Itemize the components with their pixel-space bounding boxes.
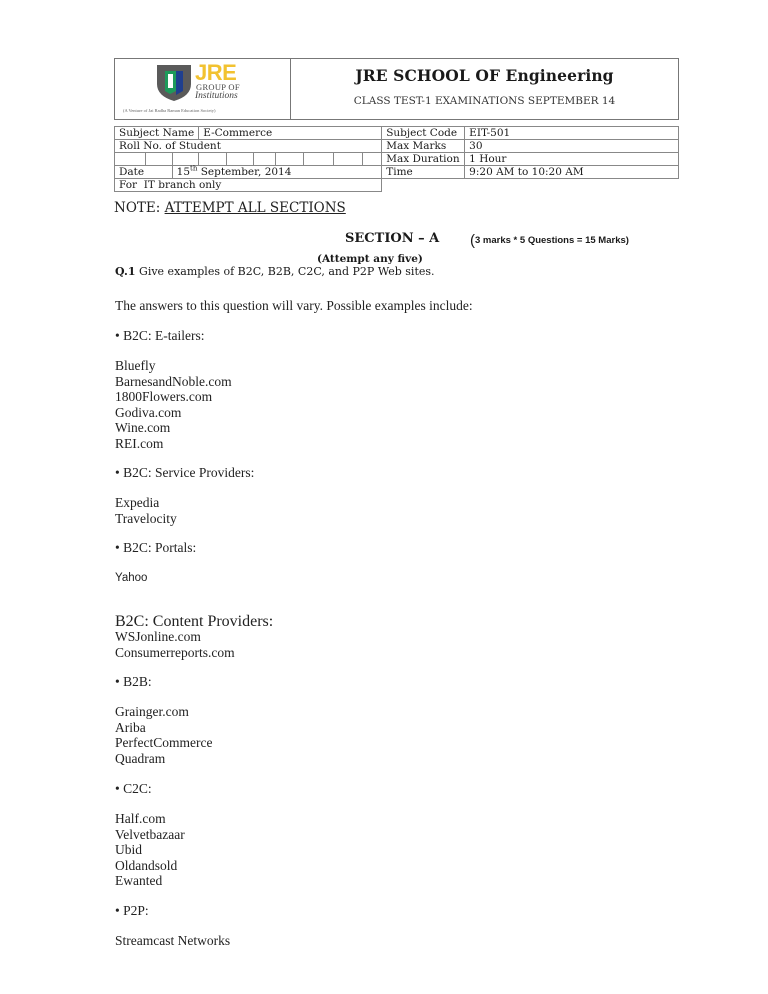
roll-box[interactable] bbox=[303, 153, 333, 166]
roll-box[interactable] bbox=[227, 153, 254, 166]
time-value: 9:20 AM to 10:20 AM bbox=[465, 166, 679, 179]
list-item: Grainger.com bbox=[115, 704, 212, 720]
list-item: Velvetbazaar bbox=[115, 827, 185, 843]
exam-info-table: Subject Name E-Commerce Subject Code EIT… bbox=[114, 126, 679, 192]
subject-code-value: EIT-501 bbox=[465, 127, 679, 140]
roll-box[interactable] bbox=[333, 153, 362, 166]
exam-subtitle: CLASS TEST-1 EXAMINATIONS SEPTEMBER 14 bbox=[291, 95, 678, 107]
list-item: Wine.com bbox=[115, 420, 232, 436]
section-title: SECTION – A bbox=[345, 231, 439, 246]
answer-intro: The answers to this question will vary. … bbox=[115, 298, 473, 314]
roll-box[interactable] bbox=[115, 153, 146, 166]
list-item: Yahoo bbox=[115, 571, 147, 587]
list-item: Quadram bbox=[115, 751, 212, 767]
list-item: Expedia bbox=[115, 495, 177, 511]
p2p-list: Streamcast Networks bbox=[115, 933, 230, 949]
exam-header: JRE GROUP OF Institutions (A Venture of … bbox=[114, 58, 679, 120]
list-item: PerfectCommerce bbox=[115, 735, 212, 751]
roll-box[interactable] bbox=[199, 153, 227, 166]
instructions-note: NOTE: ATTEMPT ALL SECTIONS bbox=[114, 200, 346, 216]
branch-note: For IT branch only bbox=[115, 179, 382, 192]
roll-box[interactable] bbox=[362, 153, 381, 166]
subject-code-label: Subject Code bbox=[382, 127, 465, 140]
roll-number-boxes: Max Duration 1 Hour bbox=[115, 153, 679, 166]
shield-logo-icon bbox=[156, 64, 192, 102]
date-label: Date bbox=[115, 166, 173, 179]
list-item: 1800Flowers.com bbox=[115, 389, 232, 405]
list-item: Ariba bbox=[115, 720, 212, 736]
max-duration-value: 1 Hour bbox=[465, 153, 679, 166]
max-marks-value: 30 bbox=[465, 140, 679, 153]
list-item: Streamcast Networks bbox=[115, 933, 230, 949]
c2c-list: Half.comVelvetbazaarUbidOldandsoldEwante… bbox=[115, 811, 185, 889]
list-item: Half.com bbox=[115, 811, 185, 827]
logo-institutions-text: Institutions bbox=[195, 92, 238, 102]
subject-name-label: Subject Name bbox=[115, 127, 199, 140]
logo-brand: JRE bbox=[195, 62, 236, 84]
institution-logo: JRE GROUP OF Institutions (A Venture of … bbox=[115, 59, 291, 119]
b2c-portals-list: Yahoo bbox=[115, 571, 147, 587]
list-item: Travelocity bbox=[115, 511, 177, 527]
p2p-heading: • P2P: bbox=[115, 903, 149, 919]
b2c-service-heading: • B2C: Service Providers: bbox=[115, 465, 254, 481]
list-item: Oldandsold bbox=[115, 858, 185, 874]
school-title: JRE SCHOOL OF Engineering bbox=[291, 66, 678, 85]
header-title-block: JRE SCHOOL OF Engineering CLASS TEST-1 E… bbox=[291, 59, 678, 119]
list-item: BarnesandNoble.com bbox=[115, 374, 232, 390]
b2c-etailers-list: BlueflyBarnesandNoble.com1800Flowers.com… bbox=[115, 358, 232, 451]
b2c-etailers-heading: • B2C: E-tailers: bbox=[115, 328, 204, 344]
roll-number-label: Roll No. of Student bbox=[115, 140, 382, 153]
logo-tagline: (A Venture of Jai Radha Raman Education … bbox=[123, 108, 216, 113]
list-item: WSJonline.com bbox=[115, 629, 235, 645]
time-label: Time bbox=[382, 166, 465, 179]
attempt-instruction: (Attempt any five) bbox=[317, 253, 423, 265]
b2b-heading: • B2B: bbox=[115, 674, 152, 690]
c2c-heading: • C2C: bbox=[115, 781, 152, 797]
b2c-portals-heading: • B2C: Portals: bbox=[115, 540, 196, 556]
list-item: Bluefly bbox=[115, 358, 232, 374]
question-1: Q.1 Give examples of B2C, B2B, C2C, and … bbox=[115, 265, 435, 278]
list-item: Ewanted bbox=[115, 873, 185, 889]
roll-box[interactable] bbox=[146, 153, 173, 166]
b2c-content-list: WSJonline.comConsumerreports.com bbox=[115, 629, 235, 660]
roll-box[interactable] bbox=[254, 153, 275, 166]
list-item: Godiva.com bbox=[115, 405, 232, 421]
section-marks: (3 marks * 5 Questions = 15 Marks) bbox=[470, 232, 629, 249]
roll-box[interactable] bbox=[275, 153, 303, 166]
b2c-service-list: ExpediaTravelocity bbox=[115, 495, 177, 526]
date-value: 15th September, 2014 bbox=[172, 166, 382, 179]
list-item: Consumerreports.com bbox=[115, 645, 235, 661]
list-item: Ubid bbox=[115, 842, 185, 858]
empty-cell bbox=[382, 179, 679, 192]
max-marks-label: Max Marks bbox=[382, 140, 465, 153]
b2c-content-heading: B2C: Content Providers: bbox=[115, 614, 273, 630]
b2b-list: Grainger.comAribaPerfectCommerceQuadram bbox=[115, 704, 212, 766]
list-item: REI.com bbox=[115, 436, 232, 452]
subject-name-value: E-Commerce bbox=[199, 127, 382, 140]
max-duration-label: Max Duration bbox=[382, 153, 465, 166]
